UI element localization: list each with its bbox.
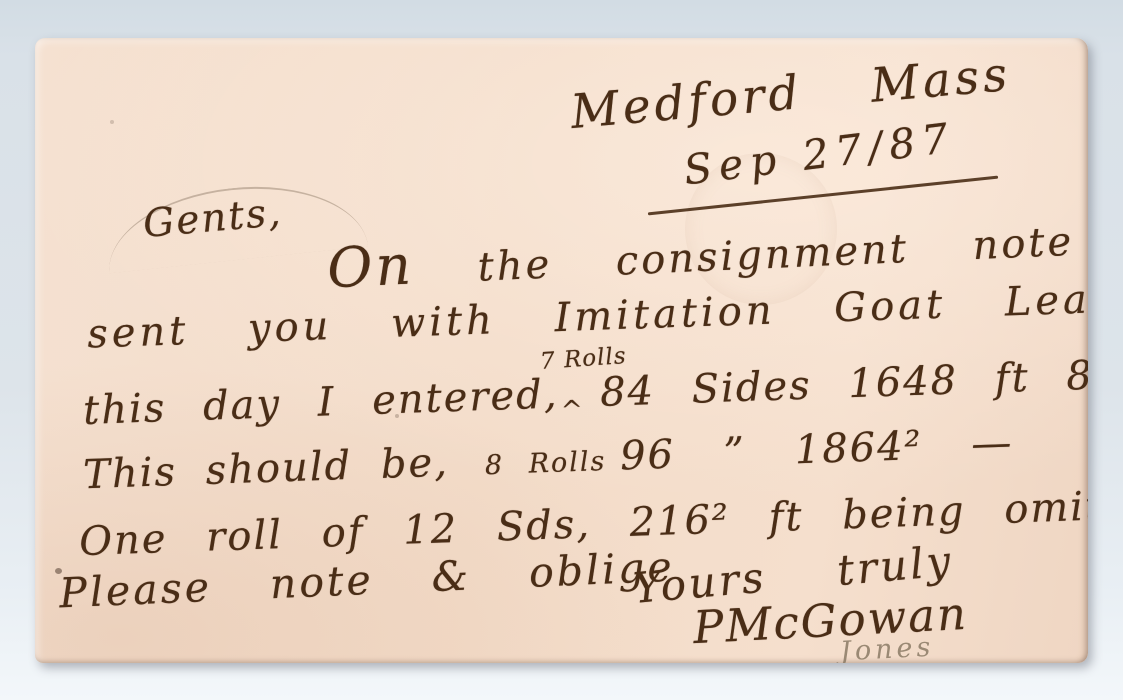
body-line-4-left: This should be, xyxy=(82,439,449,498)
body-line-3-right: 84 Sides 1648 ft 8°24 xyxy=(599,350,1088,416)
body-line-4-small-text: 8 Rolls xyxy=(484,446,606,481)
body-line-4-right: 96 ” 1864² — xyxy=(619,420,1014,480)
pencil-annotation: Jones xyxy=(839,632,935,663)
body-line-1-first-word: On xyxy=(326,233,415,301)
ink-speck xyxy=(110,120,114,124)
photo-background: Medford Mass Sep 27/87 Gents, On the con… xyxy=(0,0,1123,700)
insertion-caret: ^ xyxy=(560,395,585,426)
postcard: Medford Mass Sep 27/87 Gents, On the con… xyxy=(35,38,1088,663)
body-line-3-left: this day I entered, xyxy=(82,371,559,434)
